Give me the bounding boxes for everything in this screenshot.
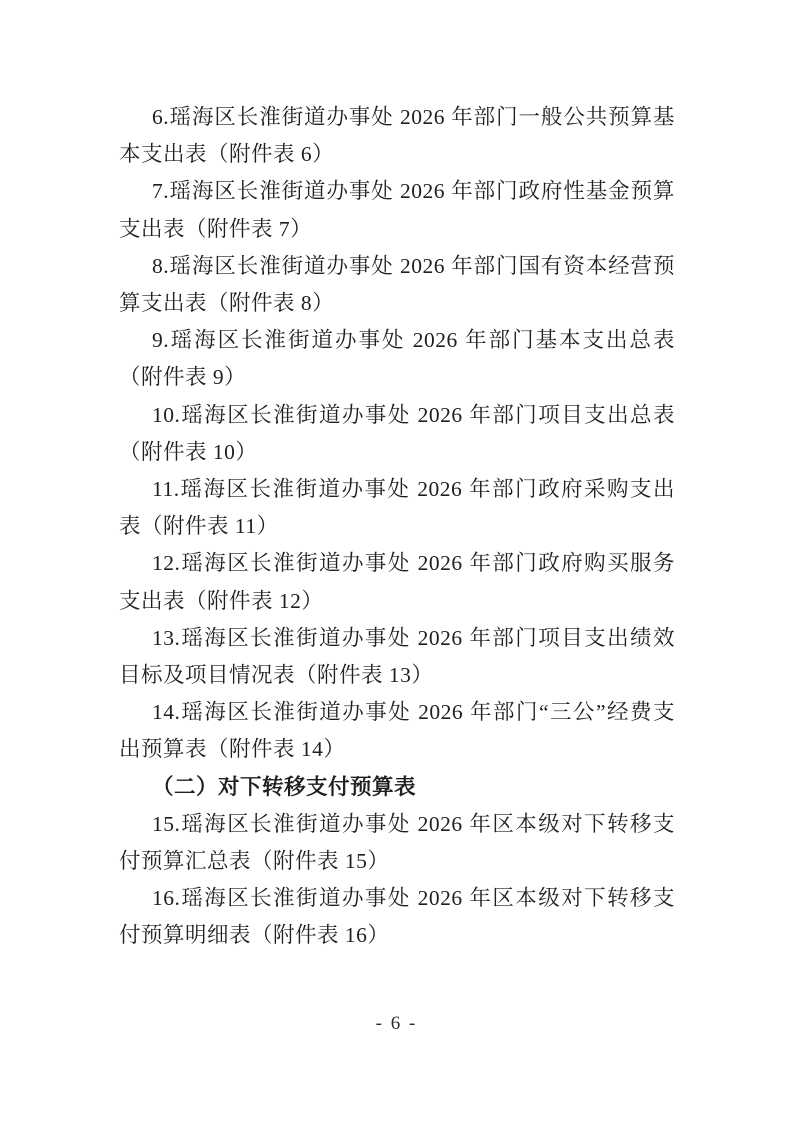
section-heading: （二）对下转移支付预算表 xyxy=(119,769,675,806)
attachment-list-item: 14.瑶海区长淮街道办事处 2026 年部门“三公”经费支出预算表（附件表 14… xyxy=(119,694,675,768)
attachment-table-list: 6.瑶海区长淮街道办事处 2026 年部门一般公共预算基本支出表（附件表 6）7… xyxy=(119,99,675,955)
page-number: - 6 - xyxy=(0,1013,793,1035)
attachment-list-item: 8.瑶海区长淮街道办事处 2026 年部门国有资本经营预算支出表（附件表 8） xyxy=(119,248,675,322)
attachment-list-item: 9.瑶海区长淮街道办事处 2026 年部门基本支出总表（附件表 9） xyxy=(119,322,675,396)
attachment-list-item: 11.瑶海区长淮街道办事处 2026 年部门政府采购支出表（附件表 11） xyxy=(119,471,675,545)
attachment-list-item: 15.瑶海区长淮街道办事处 2026 年区本级对下转移支付预算汇总表（附件表 1… xyxy=(119,806,675,880)
attachment-list-item: 10.瑶海区长淮街道办事处 2026 年部门项目支出总表（附件表 10） xyxy=(119,397,675,471)
attachment-list-item: 13.瑶海区长淮街道办事处 2026 年部门项目支出绩效目标及项目情况表（附件表… xyxy=(119,620,675,694)
document-page: 6.瑶海区长淮街道办事处 2026 年部门一般公共预算基本支出表（附件表 6）7… xyxy=(0,0,793,1122)
attachment-list-item: 12.瑶海区长淮街道办事处 2026 年部门政府购买服务支出表（附件表 12） xyxy=(119,545,675,619)
attachment-list-item: 7.瑶海区长淮街道办事处 2026 年部门政府性基金预算支出表（附件表 7） xyxy=(119,173,675,247)
attachment-list-item: 16.瑶海区长淮街道办事处 2026 年区本级对下转移支付预算明细表（附件表 1… xyxy=(119,880,675,954)
attachment-list-item: 6.瑶海区长淮街道办事处 2026 年部门一般公共预算基本支出表（附件表 6） xyxy=(119,99,675,173)
